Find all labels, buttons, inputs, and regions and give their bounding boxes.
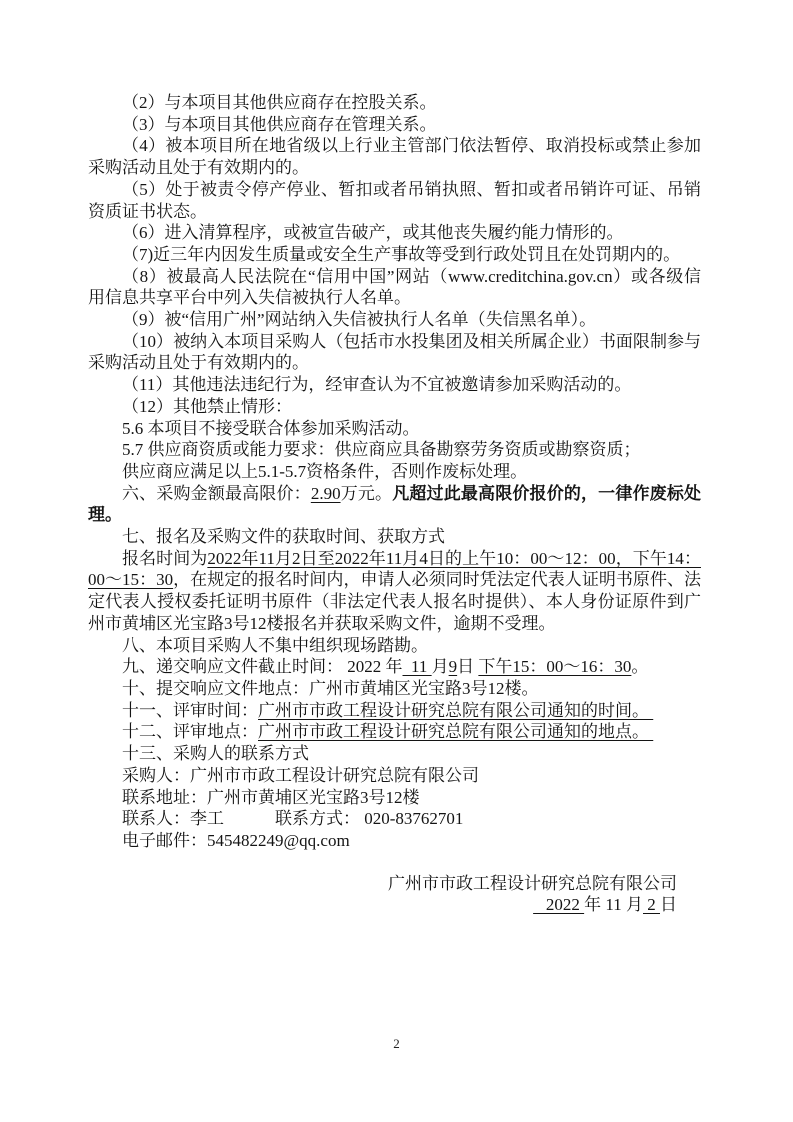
signature-company: 广州市市政工程设计研究总院有限公司 [88,873,701,895]
text-run: 2 [643,895,660,914]
text-run: 电子邮件：545482249@qq.com [122,831,350,850]
text-run: 万元。 [341,484,393,503]
text-run: 下午15：00～16：30 [478,657,631,676]
paragraph: 供应商应满足以上5.1-5.7资格条件，否则作废标处理。 [88,461,701,483]
text-run: 十一、评审时间： [122,701,258,720]
paragraph: 5.7 供应商资质或能力要求：供应商应具备勘察劳务资质或勘察资质； [88,439,701,461]
text-run: 采购人：广州市市政工程设计研究总院有限公司 [122,766,479,785]
text-run: 日 [660,895,677,914]
text-run: （8）被最高人民法院在“信用中国”网站（www.creditchina.gov.… [88,267,701,308]
text-run: （3）与本项目其他供应商存在管理关系。 [122,115,437,134]
text-run: 5.7 供应商资质或能力要求：供应商应具备勘察劳务资质或勘察资质； [122,440,641,459]
text-run: 供应商应满足以上5.1-5.7资格条件，否则作废标处理。 [122,462,527,481]
paragraph: 报名时间为2022年11月2日至2022年11月4日的上午10：00～12：00… [88,548,701,635]
paragraph: （11）其他违法违纪行为，经审查认为不宜被邀请参加采购活动的。 [88,374,701,396]
paragraph: （4）被本项目所在地省级以上行业主管部门依法暂停、取消投标或禁止参加采购活动且处… [88,135,701,178]
text-run: （2）与本项目其他供应商存在控股关系。 [122,93,437,112]
text-run: （12）其他禁止情形： [122,397,292,416]
text-run: 九、递交响应文件截止时间： 2022 年 [122,657,403,676]
text-run: ，在规定的报名时间内，申请人必须同时凭法定代表人证明书原件、法定代表人授权委托证… [88,570,701,632]
paragraph: 六、采购金额最高限价：2.90万元。凡超过此最高限价报价的，一律作废标处理。 [88,483,701,526]
paragraph: 采购人：广州市市政工程设计研究总院有限公司 [88,765,701,787]
text-run: （9）被“信用广州”网站纳入失信被执行人名单（失信黑名单）。 [122,310,596,329]
text-run: （6）进入清算程序，或被宣告破产，或其他丧失履约能力情形的。 [122,223,624,242]
text-run: 2022 [533,895,584,914]
document-body: （2）与本项目其他供应商存在控股关系。（3）与本项目其他供应商存在管理关系。（4… [88,92,701,852]
paragraph: 十一、评审时间：广州市市政工程设计研究总院有限公司通知的时间。 [88,700,701,722]
paragraph: （8）被最高人民法院在“信用中国”网站（www.creditchina.gov.… [88,266,701,309]
paragraph: 电子邮件：545482249@qq.com [88,830,701,852]
paragraph: （10）被纳入本项目采购人（包括市水投集团及相关所属企业）书面限制参与采购活动且… [88,331,701,374]
document-text-column: （2）与本项目其他供应商存在控股关系。（3）与本项目其他供应商存在管理关系。（4… [88,92,701,916]
text-run: （7)近三年内因发生质量或安全生产事故等受到行政处罚且在处罚期内的。 [122,245,680,264]
text-run: 报名时间为 [122,549,207,568]
paragraph: 九、递交响应文件截止时间： 2022 年 11 月9日 下午15：00～16：3… [88,656,701,678]
text-run: （5）处于被责令停产停业、暂扣或者吊销执照、暂扣或者吊销许可证、吊销资质证书状态… [88,180,701,221]
paragraph: 5.6 本项目不接受联合体参加采购活动。 [88,418,701,440]
paragraph: 联系人：李工 联系方式： 020-83762701 [88,808,701,830]
text-run: 广州市市政工程设计研究总院有限公司通知的时间。 [258,701,653,720]
text-run: （11）其他违法违纪行为，经审查认为不宜被邀请参加采购活动的。 [122,375,631,394]
paragraph: （3）与本项目其他供应商存在管理关系。 [88,114,701,136]
text-run: 十、提交响应文件地点：广州市黄埔区光宝路3号12楼。 [122,679,539,698]
paragraph: 八、本项目采购人不集中组织现场踏勘。 [88,635,701,657]
paragraph: （5）处于被责令停产停业、暂扣或者吊销执照、暂扣或者吊销许可证、吊销资质证书状态… [88,179,701,222]
paragraph: （9）被“信用广州”网站纳入失信被执行人名单（失信黑名单）。 [88,309,701,331]
paragraph: （6）进入清算程序，或被宣告破产，或其他丧失履约能力情形的。 [88,222,701,244]
text-run: 十三、采购人的联系方式 [122,744,309,763]
paragraph: （7)近三年内因发生质量或安全生产事故等受到行政处罚且在处罚期内的。 [88,244,701,266]
document-page: （2）与本项目其他供应商存在控股关系。（3）与本项目其他供应商存在管理关系。（4… [0,0,793,1122]
text-run: 七、报名及采购文件的获取时间、获取方式 [122,527,445,546]
text-run: 2.90 [311,484,341,503]
text-run: 9 [449,657,458,676]
paragraph: 十二、评审地点：广州市市政工程设计研究总院有限公司通知的地点。 [88,721,701,743]
paragraph: （12）其他禁止情形： [88,396,701,418]
text-run: 联系人：李工 联系方式： 020-83762701 [122,809,463,828]
text-run: 联系地址：广州市黄埔区光宝路3号12楼 [122,788,420,807]
paragraph: 十、提交响应文件地点：广州市黄埔区光宝路3号12楼。 [88,678,701,700]
text-run: （4）被本项目所在地省级以上行业主管部门依法暂停、取消投标或禁止参加采购活动且处… [88,136,701,177]
text-run: 11 [403,657,432,676]
text-run: 日 [457,657,478,676]
signature-date: 2022 年 11 月 2 日 [88,894,701,916]
text-run: 八、本项目采购人不集中组织现场踏勘。 [122,636,428,655]
paragraph: 十三、采购人的联系方式 [88,743,701,765]
text-run: （10）被纳入本项目采购人（包括市水投集团及相关所属企业）书面限制参与采购活动且… [88,332,701,373]
text-run: 5.6 本项目不接受联合体参加采购活动。 [122,419,420,438]
signature-block: 广州市市政工程设计研究总院有限公司 2022 年 11 月 2 日 [88,873,701,916]
page-number: 2 [0,1036,793,1052]
paragraph: 联系地址：广州市黄埔区光宝路3号12楼 [88,787,701,809]
text-run: 年 11 月 [584,895,643,914]
paragraph: （2）与本项目其他供应商存在控股关系。 [88,92,701,114]
text-run: 广州市市政工程设计研究总院有限公司通知的地点。 [258,722,653,741]
paragraph: 七、报名及采购文件的获取时间、获取方式 [88,526,701,548]
text-run: 六、采购金额最高限价： [122,484,311,503]
text-run: 。 [631,657,648,676]
text-run: 月 [432,657,449,676]
text-run: 十二、评审地点： [122,722,258,741]
